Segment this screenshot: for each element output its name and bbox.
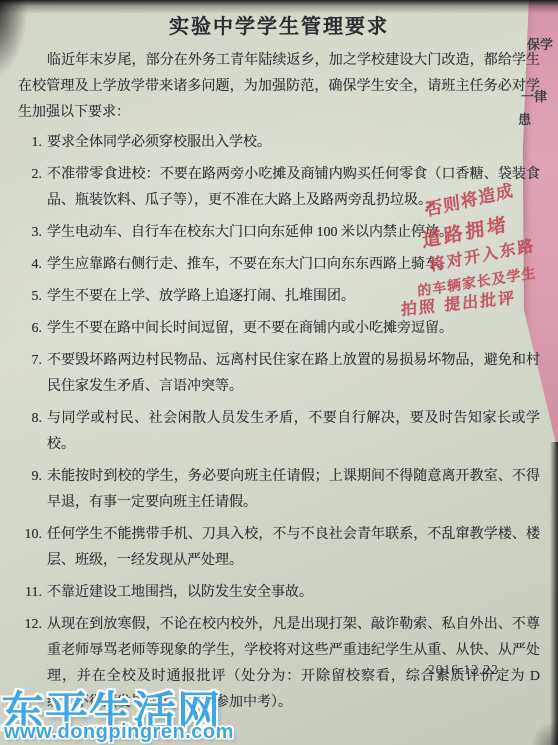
photo-edge-sliver <box>550 442 558 745</box>
rule-text: 学生电动车、自行车在校东大门口向东延伸 100 米以内禁止停放。 <box>47 225 453 240</box>
rule-text: 不要毁坏路两边村民物品、远离村民住家在路上放置的易损易坏物品，避免和村民住家发生… <box>47 353 540 394</box>
rule-number: 7. <box>18 348 42 374</box>
rule-number: 3. <box>18 220 42 246</box>
rule-text: 要求全体同学必须穿校服出入学校。 <box>47 135 271 150</box>
rule-item: 1.要求全体同学必须穿校服出入学校。 <box>18 130 540 156</box>
rule-number: 1. <box>18 130 42 156</box>
rule-item: 8.与同学或村民、社会闲散人员发生矛盾，不要自行解决，要及时告知家长或学校。 <box>18 406 540 458</box>
page-title: 实验中学学生管理要求 <box>18 12 540 42</box>
rule-item: 7.不要毁坏路两边村民物品、远离村民住家在路上放置的易损易坏物品，避免和村民住家… <box>18 348 540 400</box>
rule-number: 11. <box>18 580 42 606</box>
rule-number: 12. <box>18 612 42 638</box>
rule-item: 10.任何学生不能携带手机、刀具入校，不与不良社会青年联系，不乱窜教学楼、楼层、… <box>18 522 540 574</box>
rule-text: 未能按时到校的学生，务必要向班主任请假；上课期间不得随意离开教室、不得早退，有事… <box>47 469 540 510</box>
rule-text: 与同学或村民、社会闲散人员发生矛盾，不要自行解决，要及时告知家长或学校。 <box>47 411 540 452</box>
rule-item: 11.不靠近建设工地围挡，以防发生安全事故。 <box>18 580 540 606</box>
rule-number: 8. <box>18 406 42 432</box>
intro-paragraph: 临近年末岁尾，部分在外务工青年陆续返乡，加之学校建设大门改造，都给学生在校管理及… <box>18 48 540 126</box>
rule-number: 5. <box>18 284 42 310</box>
issue-date: 2016.12.22 <box>428 662 499 678</box>
document-photo: 保学 一律 患 实验中学学生管理要求 临近年末岁尾，部分在外务工青年陆续返乡，加… <box>0 0 558 745</box>
watermark-site-url: www.dongpingren.com <box>4 721 234 744</box>
rule-number: 9. <box>18 464 42 490</box>
rule-number: 10. <box>18 522 42 548</box>
paper: 实验中学学生管理要求 临近年末岁尾，部分在外务工青年陆续返乡，加之学校建设大门改… <box>18 12 540 722</box>
rule-item: 6.学生不要在路中间长时间逗留，更不要在商铺内或小吃摊旁逗留。 <box>18 316 540 342</box>
rule-text: 任何学生不能携带手机、刀具入校，不与不良社会青年联系，不乱窜教学楼、楼层、班级，… <box>47 527 540 568</box>
rule-text: 学生不要在上学、放学路上追逐打闹、扎堆围团。 <box>47 289 355 304</box>
rule-text: 不靠近建设工地围挡，以防发生安全事故。 <box>47 585 313 600</box>
rule-text: 学生应靠路右侧行走、推车，不要在东大门口向东东西路上骑车。 <box>47 257 453 272</box>
rule-number: 2. <box>18 162 42 188</box>
rule-number: 6. <box>18 316 42 342</box>
rule-item: 9.未能按时到校的学生，务必要向班主任请假；上课期间不得随意离开教室、不得早退，… <box>18 464 540 516</box>
rule-text: 学生不要在路中间长时间逗留，更不要在商铺内或小吃摊旁逗留。 <box>47 321 453 336</box>
rule-number: 4. <box>18 252 42 278</box>
